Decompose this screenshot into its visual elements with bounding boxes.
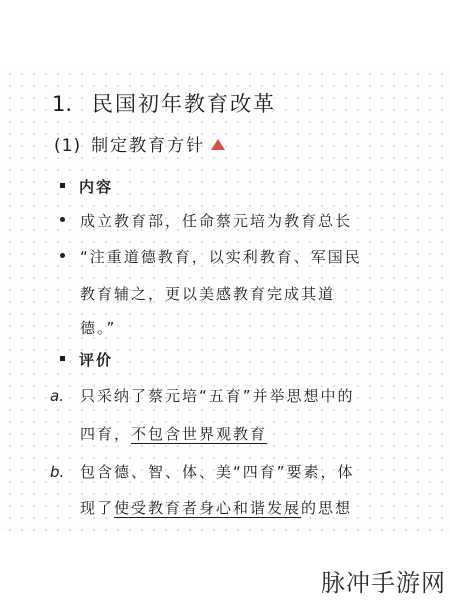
underlined-text: 使受教育者身心和谐发展 xyxy=(114,499,301,517)
section-content-label: 内容 xyxy=(60,176,113,197)
heading-2-title: 制定教育方针 xyxy=(91,136,205,156)
eval-item-b-line-2: 现了使受教育者身心和谐发展的思想 xyxy=(80,497,352,518)
heading-2-number: (1) xyxy=(54,136,81,156)
round-bullet-icon xyxy=(60,253,65,258)
eval-item-a-line-2: 四育，不包含世界观教育 xyxy=(80,423,267,444)
page: 1.民国初年教育改革 (1)制定教育方针 内容 成立教育部，任命蔡元培为教育总长… xyxy=(0,0,450,600)
section-label: 内容 xyxy=(79,178,113,196)
plain-text: 四育， xyxy=(80,425,131,443)
list-item: 成立教育部，任命蔡元培为教育总长 xyxy=(60,210,352,231)
list-item: “注重道德教育，以实利教育、军国民 xyxy=(60,246,362,267)
list-item-text: 成立教育部，任命蔡元培为教育总长 xyxy=(80,212,352,230)
watermark: 脉冲手游网 xyxy=(321,563,446,598)
quote-line-1: “注重道德教育，以实利教育、军国民 xyxy=(80,248,362,266)
eval-item-a-line-1: 只采纳了蔡元培“五育”并举思想中的 xyxy=(80,387,355,405)
red-triangle-icon xyxy=(211,139,225,150)
plain-text: 的思想 xyxy=(301,499,352,517)
plain-text: 现了 xyxy=(80,499,114,517)
round-bullet-icon xyxy=(60,217,65,222)
quote-line-3: 德。” xyxy=(80,317,116,338)
section-evaluation-label: 评价 xyxy=(60,349,113,370)
heading-1-number: 1. xyxy=(52,92,72,116)
item-marker: a. xyxy=(50,387,80,405)
eval-item-a: a.只采纳了蔡元培“五育”并举思想中的 xyxy=(50,385,355,406)
quote-line-2: 教育辅之，更以美感教育完成其道 xyxy=(80,283,335,304)
heading-1: 1.民国初年教育改革 xyxy=(52,88,276,118)
section-label: 评价 xyxy=(79,351,113,369)
square-bullet-icon xyxy=(60,183,65,188)
square-bullet-icon xyxy=(60,356,65,361)
eval-item-b: b.包含德、智、体、美“四育”要素，体 xyxy=(50,461,355,482)
underlined-text: 不包含世界观教育 xyxy=(131,425,267,443)
heading-1-title: 民国初年教育改革 xyxy=(92,92,276,116)
eval-item-b-line-1: 包含德、智、体、美“四育”要素，体 xyxy=(80,463,355,481)
item-marker: b. xyxy=(50,463,80,481)
heading-2: (1)制定教育方针 xyxy=(54,131,225,156)
